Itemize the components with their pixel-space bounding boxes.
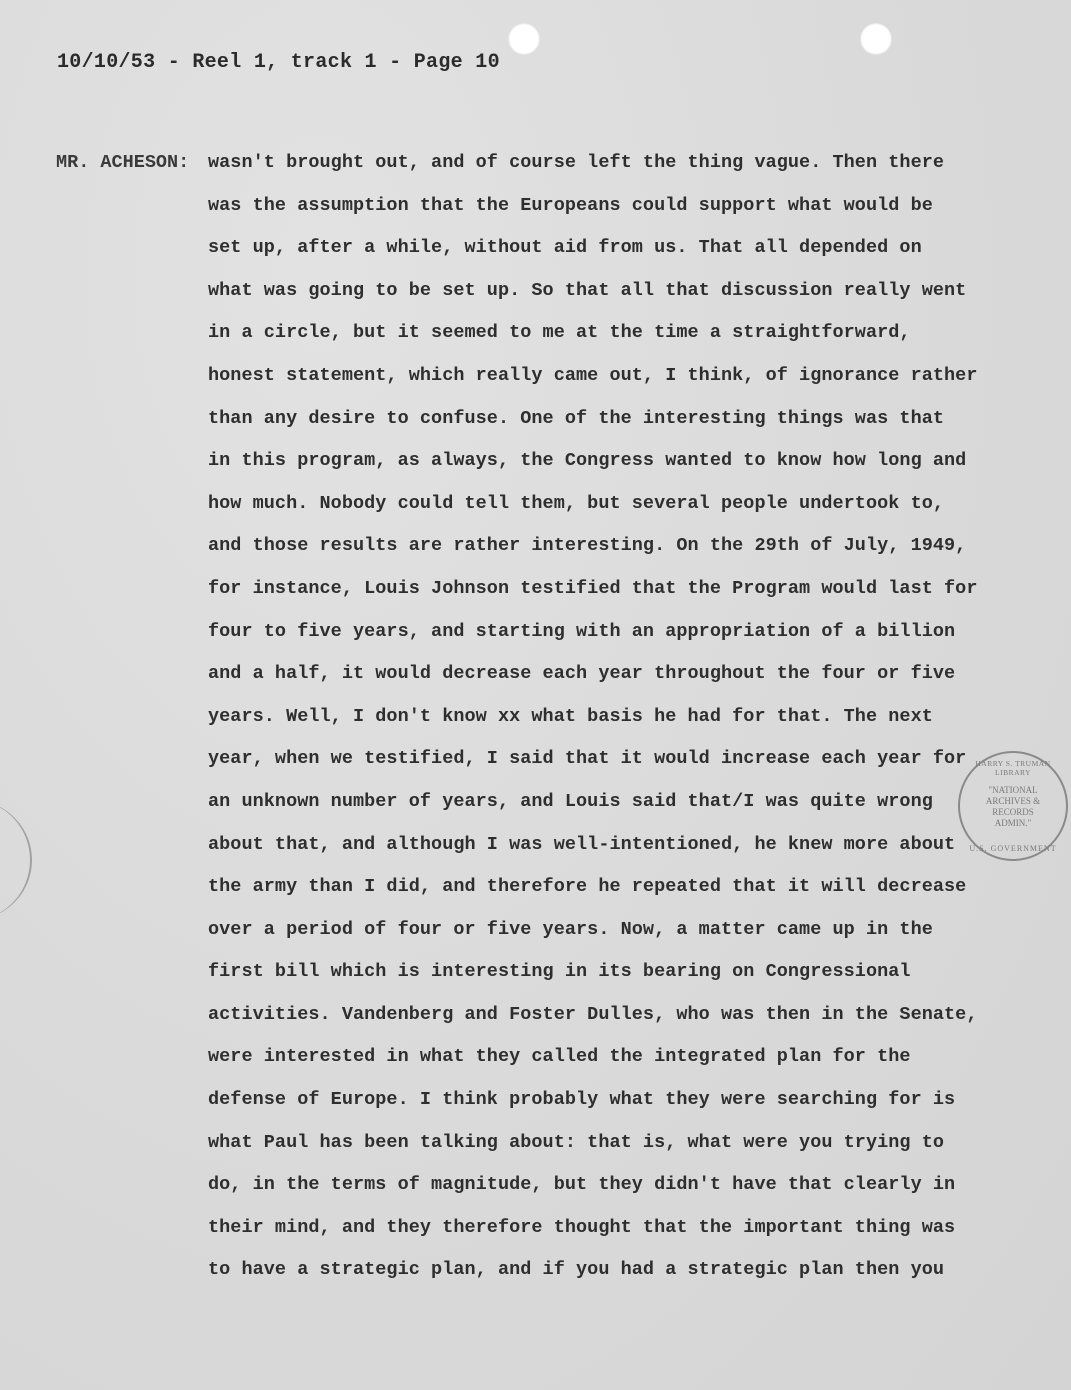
- paper-edge-mark: [0, 800, 32, 920]
- text-line: over a period of four or five years. Now…: [208, 919, 988, 962]
- document-page: 10/10/53 - Reel 1, track 1 - Page 10 MR.…: [0, 0, 1071, 1390]
- text-line: in this program, as always, the Congress…: [208, 450, 988, 493]
- text-line: an unknown number of years, and Louis sa…: [208, 791, 988, 834]
- stamp-bottom-text: U.S. GOVERNMENT: [960, 844, 1066, 853]
- text-line: what Paul has been talking about: that i…: [208, 1132, 988, 1175]
- text-line: do, in the terms of magnitude, but they …: [208, 1174, 988, 1217]
- stamp-line: ADMIN.": [960, 818, 1066, 829]
- transcript-body: wasn't brought out, and of course left t…: [208, 152, 988, 1302]
- text-line: than any desire to confuse. One of the i…: [208, 408, 988, 451]
- text-line: how much. Nobody could tell them, but se…: [208, 493, 988, 536]
- punch-hole: [508, 23, 540, 55]
- punch-hole: [860, 23, 892, 55]
- text-line: defense of Europe. I think probably what…: [208, 1089, 988, 1132]
- text-line: their mind, and they therefore thought t…: [208, 1217, 988, 1260]
- page-header: 10/10/53 - Reel 1, track 1 - Page 10: [57, 51, 500, 74]
- text-line: years. Well, I don't know xx what basis …: [208, 706, 988, 749]
- text-line: about that, and although I was well-inte…: [208, 834, 988, 877]
- speaker-label: MR. ACHESON:: [56, 152, 189, 173]
- text-line: activities. Vandenberg and Foster Dulles…: [208, 1004, 988, 1047]
- text-line: and those results are rather interesting…: [208, 535, 988, 578]
- stamp-inner-text: "NATIONAL ARCHIVES & RECORDS ADMIN.": [960, 785, 1066, 829]
- text-line: for instance, Louis Johnson testified th…: [208, 578, 988, 621]
- text-line: and a half, it would decrease each year …: [208, 663, 988, 706]
- text-line: first bill which is interesting in its b…: [208, 961, 988, 1004]
- text-line: in a circle, but it seemed to me at the …: [208, 322, 988, 365]
- text-line: the army than I did, and therefore he re…: [208, 876, 988, 919]
- text-line: was the assumption that the Europeans co…: [208, 195, 988, 238]
- text-line: were interested in what they called the …: [208, 1046, 988, 1089]
- text-line: to have a strategic plan, and if you had…: [208, 1259, 988, 1302]
- text-line: four to five years, and starting with an…: [208, 621, 988, 664]
- archive-stamp: HARRY S. TRUMAN LIBRARY "NATIONAL ARCHIV…: [958, 751, 1068, 861]
- text-line: what was going to be set up. So that all…: [208, 280, 988, 323]
- stamp-line: RECORDS: [960, 807, 1066, 818]
- stamp-line: ARCHIVES &: [960, 796, 1066, 807]
- text-line: set up, after a while, without aid from …: [208, 237, 988, 280]
- text-line: wasn't brought out, and of course left t…: [208, 152, 988, 195]
- stamp-top-text: HARRY S. TRUMAN LIBRARY: [960, 759, 1066, 777]
- stamp-line: "NATIONAL: [960, 785, 1066, 796]
- text-line: honest statement, which really came out,…: [208, 365, 988, 408]
- text-line: year, when we testified, I said that it …: [208, 748, 988, 791]
